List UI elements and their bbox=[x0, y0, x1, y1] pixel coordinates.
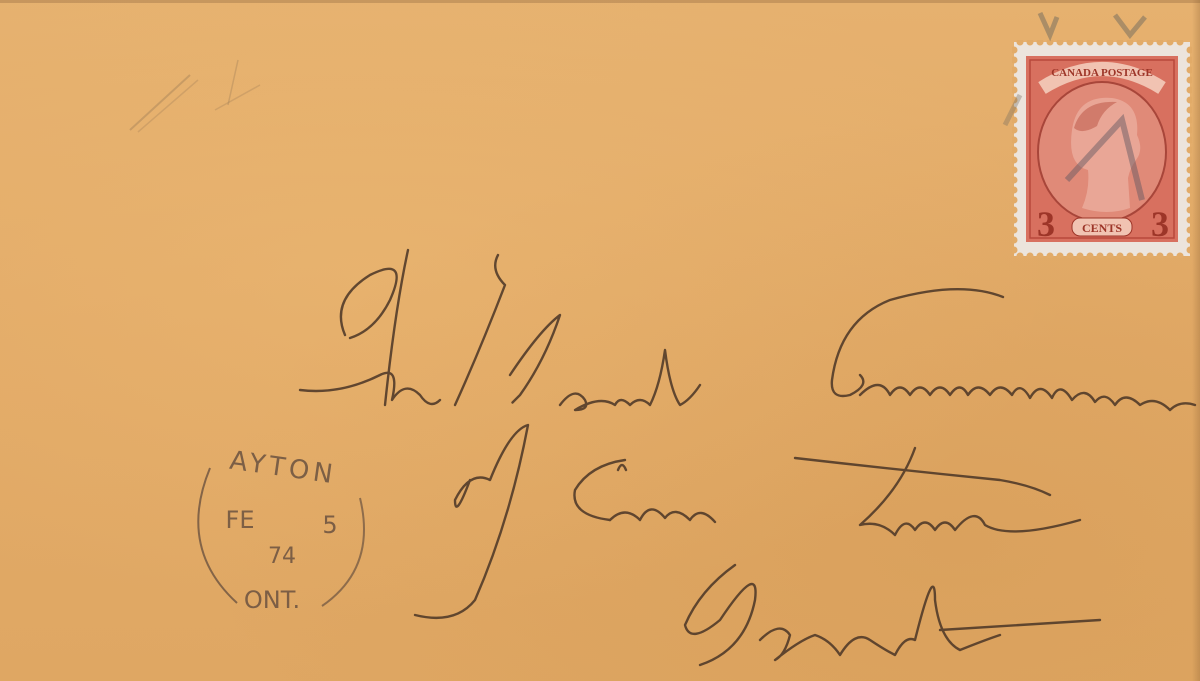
envelope: CANADA POSTAGE 3 3 CENTS AYTON FE 5 74 O… bbox=[0, 0, 1200, 681]
handwritten-address: The Honb Commissioner of Crown Lands Tor… bbox=[0, 0, 1200, 681]
